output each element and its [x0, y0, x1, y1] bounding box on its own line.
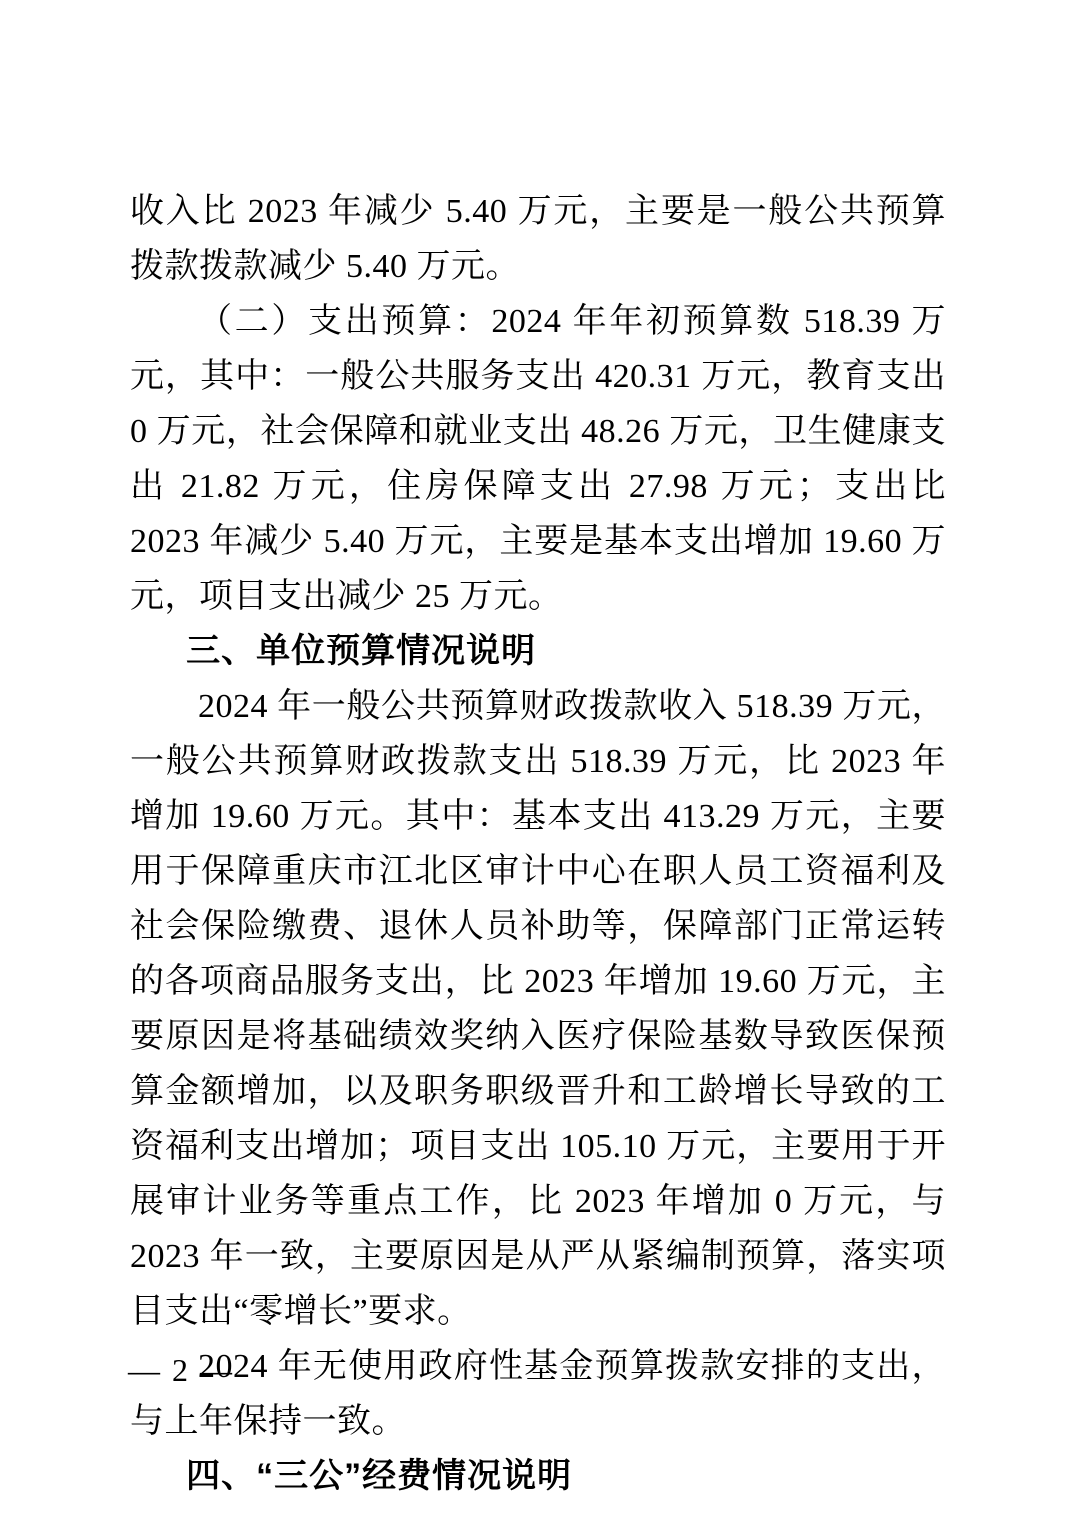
para-unit-budget-detail: 2024 年一般公共预算财政拨款收入 518.39 万元，一般公共预算财政拨款支… — [130, 679, 946, 1339]
document-body: 收入比 2023 年减少 5.40 万元，主要是一般公共预算拨款拨款减少 5.4… — [130, 184, 946, 1504]
para-revenue-decrease: 收入比 2023 年减少 5.40 万元，主要是一般公共预算拨款拨款减少 5.4… — [130, 184, 946, 294]
heading-section-4-three-public-expenses: 四、“三公”经费情况说明 — [130, 1449, 946, 1504]
page-number: — 2 — — [128, 1350, 234, 1390]
document-page: 收入比 2023 年减少 5.40 万元，主要是一般公共预算拨款拨款减少 5.4… — [0, 0, 1074, 1520]
heading-section-3-unit-budget: 三、单位预算情况说明 — [130, 624, 946, 679]
para-expenditure-budget: （二）支出预算：2024 年年初预算数 518.39 万元，其中：一般公共服务支… — [130, 294, 946, 624]
para-government-fund: 2024 年无使用政府性基金预算拨款安排的支出，与上年保持一致。 — [130, 1339, 946, 1449]
